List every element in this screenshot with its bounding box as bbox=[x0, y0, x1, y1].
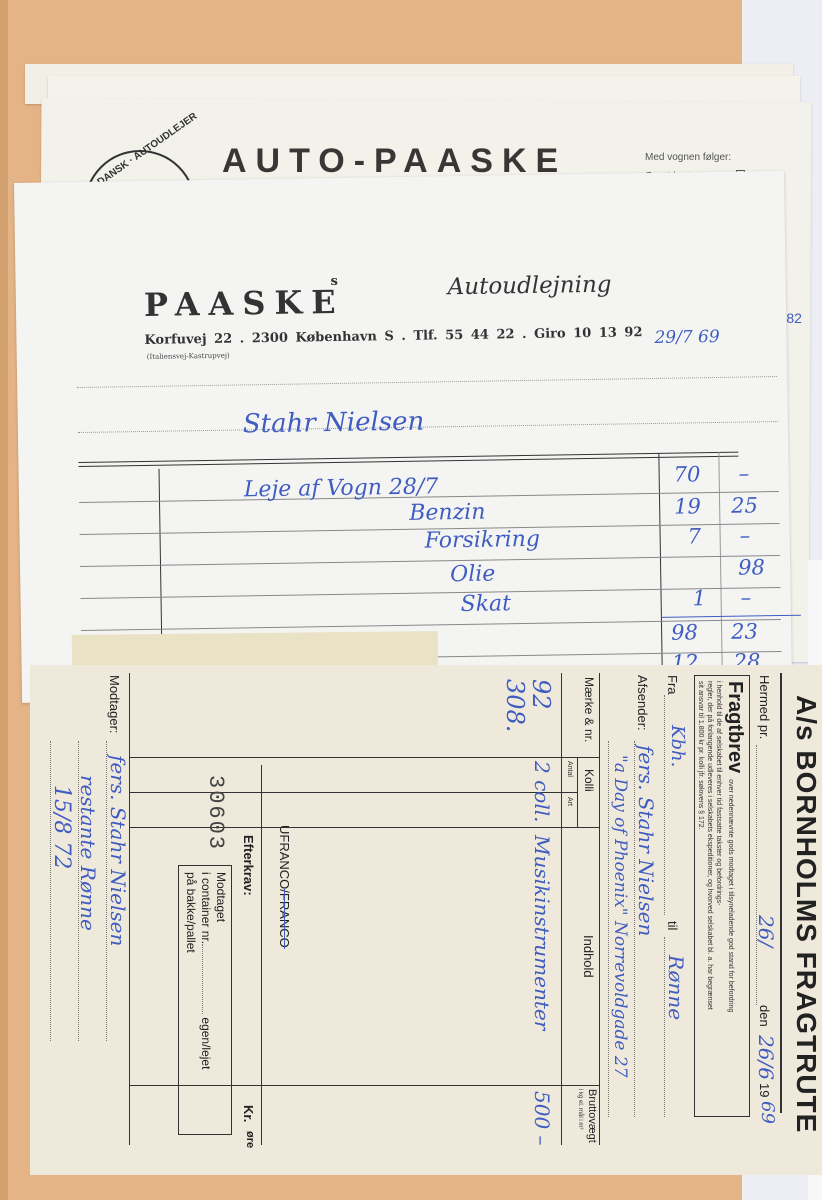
amount-kr: 19 bbox=[674, 494, 701, 518]
amount-ore: 98 bbox=[738, 555, 765, 579]
ore-label: øre bbox=[244, 1131, 256, 1148]
modtager-label: Modtager: bbox=[107, 675, 122, 734]
fragtbrev-terms-box: Fragtbrev over nedennævnte gods modtaget… bbox=[694, 675, 750, 1117]
afsender-label: Afsender: bbox=[635, 675, 650, 731]
line-item-description: Leje af Vogn 28/7 bbox=[244, 474, 439, 502]
fragtbrev-heading: Fragtbrev bbox=[723, 681, 746, 773]
afsender-value: fers. Stahr Nielsen bbox=[634, 745, 658, 936]
amount-ore: 25 bbox=[731, 493, 758, 517]
table-top-rule bbox=[599, 673, 600, 1145]
den-label: den bbox=[757, 1005, 772, 1027]
terms-text: i henhold til de af selskabet til enhver… bbox=[714, 681, 723, 1111]
year-prefix: 19 bbox=[757, 1083, 772, 1097]
amount-ore: – bbox=[738, 461, 749, 485]
maerke-value: 92 308. bbox=[502, 679, 554, 749]
terms-text: regler, der på forlangende udleveres i s… bbox=[705, 681, 714, 1111]
afsender-value-2: "a Day of Phoenix" Norrevoldgade 27 bbox=[610, 755, 630, 1078]
fragtbrev-sheet: A/s BORNHOLMS FRAGTRUTE Hermed pr. 26/ d… bbox=[30, 665, 822, 1175]
amount-ore: – bbox=[739, 523, 750, 547]
modtaget-line: Modtaget bbox=[213, 872, 228, 1128]
header-rule bbox=[561, 673, 562, 1145]
modtager-value: fers. Stahr Nielsen bbox=[106, 755, 130, 946]
col-bruttovaegt: Bruttovægt bbox=[586, 1089, 598, 1143]
year-value: 69 bbox=[757, 1101, 778, 1124]
til-label: til bbox=[665, 921, 680, 930]
dotted-line bbox=[78, 421, 778, 433]
title-rule bbox=[780, 673, 782, 1113]
efterkrav-label: Efterkrav: bbox=[241, 835, 256, 896]
ruled-line bbox=[81, 587, 781, 599]
col-line bbox=[130, 827, 600, 828]
kolli-value: 2 coll. bbox=[530, 761, 554, 822]
invoice-address: Korfuvej 22 . 2300 København S . Tlf. 55… bbox=[144, 325, 642, 348]
efterkrav-rule bbox=[261, 765, 262, 1145]
kr-label: Kr. bbox=[241, 1105, 256, 1122]
invoice-sub-address: (Italiensvej-Kastrupvej) bbox=[147, 352, 230, 361]
fra-label: Fra bbox=[665, 675, 680, 695]
bruttovaegt-value: 500 – bbox=[530, 1091, 554, 1146]
col-line bbox=[130, 757, 600, 758]
col-antal: Antal bbox=[565, 761, 574, 777]
col-maerke: Mærke & nr. bbox=[582, 677, 596, 742]
til-value: Rønne bbox=[664, 955, 688, 1020]
double-rule bbox=[78, 452, 738, 467]
hermed-line bbox=[756, 745, 770, 1005]
fra-value: Kbh. bbox=[667, 725, 688, 767]
col-bruttovaegt-sub: i kg el. mål i m³ bbox=[575, 1089, 584, 1129]
col-indhold: Indhold bbox=[581, 935, 596, 978]
line-item-description: Forsikring bbox=[424, 527, 540, 554]
hermed-value: 26/ bbox=[754, 915, 778, 947]
amount-kr: 7 bbox=[687, 524, 701, 548]
col-line bbox=[130, 792, 578, 793]
total-ore: 23 bbox=[731, 619, 758, 643]
line-item-description: Olie bbox=[450, 561, 496, 587]
terms-text: sit ansvar til 1.800 kr pr. kolli jfr. s… bbox=[696, 681, 705, 1111]
line-item-description: Skat bbox=[460, 591, 511, 617]
ruled-line bbox=[80, 555, 780, 567]
modtaget-box: Modtaget i container nr. egen/lejet på b… bbox=[178, 865, 232, 1135]
modtaget-line: i container nr. egen/lejet bbox=[198, 872, 213, 1128]
hermed-label: Hermed pr. bbox=[757, 675, 772, 739]
amount-ore: – bbox=[740, 585, 751, 609]
fragtrute-title: A/s BORNHOLMS FRAGTRUTE bbox=[790, 695, 822, 1133]
folder-spine bbox=[0, 0, 8, 1200]
invoice-brand-superscript: s bbox=[330, 274, 338, 289]
stamp-number: 30603 bbox=[203, 775, 228, 851]
terms-text: over nedennævnte gods modtaget i tilsyne… bbox=[726, 779, 735, 1012]
col-art: Art bbox=[565, 797, 574, 806]
indhold-value: Musikinstrumenter bbox=[530, 835, 554, 1030]
modtager-value-2: restante Rønne bbox=[76, 775, 100, 931]
modtaget-line: på bakke/pallet bbox=[183, 872, 198, 1128]
modtager-value-3: 15/8 72 bbox=[49, 785, 74, 869]
strike-franco bbox=[284, 889, 285, 949]
fragtbrev-content: A/s BORNHOLMS FRAGTRUTE Hermed pr. 26/ d… bbox=[30, 665, 822, 1175]
invoice-sheet: PAASKE s Autoudlejning Korfuvej 22 . 230… bbox=[14, 171, 792, 703]
total-kr: 98 bbox=[671, 620, 698, 644]
follows-heading: Med vognen følger: bbox=[645, 148, 745, 167]
amount-kr: 70 bbox=[673, 462, 700, 486]
dotted-line bbox=[77, 376, 777, 388]
sum-line bbox=[661, 615, 801, 618]
invoice-brand: PAASKE bbox=[144, 283, 345, 324]
customer-name: Stahr Nielsen bbox=[243, 407, 425, 440]
line-item-description: Benzin bbox=[409, 500, 486, 526]
handwritten-date: 29/7 69 bbox=[654, 327, 720, 348]
den-value: 26/6 bbox=[754, 1035, 778, 1080]
amount-kr: 1 bbox=[692, 586, 706, 610]
invoice-brand-script: Autoudlejning bbox=[447, 272, 611, 301]
col-kolli: Kolli bbox=[582, 769, 596, 792]
